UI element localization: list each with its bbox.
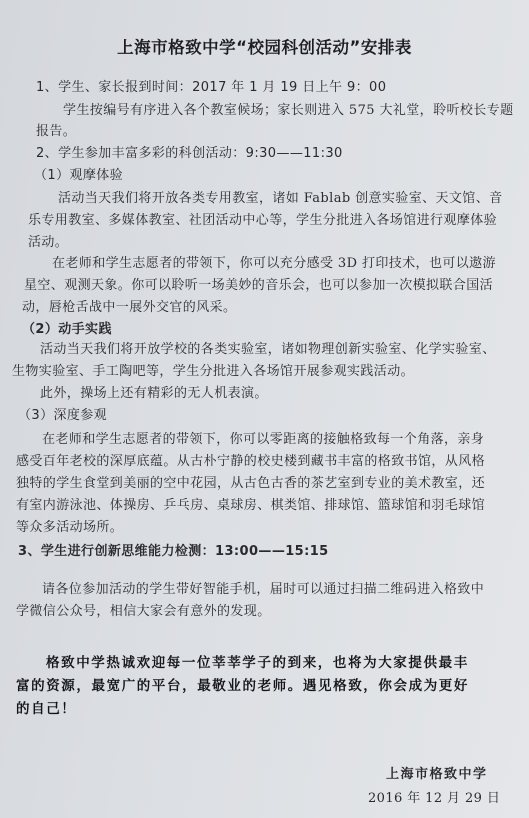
subsection-1-text: 活动当天我们将开放各类专用教室，诸如 Fablab 创意实验室、天文馆、音 <box>58 187 503 206</box>
section-3-heading: 3、学生进行创新思维能力检测：13:00——15:15 <box>18 540 329 559</box>
document-title: 上海市格致中学“校园科创活动”安排表 <box>0 34 529 58</box>
subsection-2-heading: （2）动手实践 <box>22 318 112 337</box>
subsection-3-text: 感受百年老校的深厚底蕴。从古朴宁静的校史楼到藏书丰富的格致书馆，从风格 <box>16 450 485 469</box>
subsection-2-text: 活动当天我们将开放学校的各类实验室，诸如物理创新实验室、化学实验室、 <box>40 338 496 357</box>
subsection-3-text: 在老师和学生志愿者的带领下，你可以零距离的接触格致每一个角落，亲身 <box>42 428 484 447</box>
section-2-heading: 2、学生参加丰富多彩的科创活动：9:30——11:30 <box>36 142 343 161</box>
signature-org: 上海市格致中学 <box>386 763 488 782</box>
subsection-2-text: 此外，操场上还有精彩的无人机表演。 <box>40 382 268 401</box>
section-1-text: 报告。 <box>36 120 76 139</box>
document-page: 上海市格致中学“校园科创活动”安排表 1、学生、家长报到时间：2017 年 1 … <box>0 0 529 818</box>
subsection-1-heading: （1）观摩体验 <box>34 164 123 183</box>
signature-date: 2016 年 12 月 29 日 <box>368 787 500 806</box>
subsection-3-text: 独特的学生食堂到美丽的空中花园，从古色古香的茶艺室到专业的美术教室，还 <box>16 472 485 491</box>
subsection-3-text: 有室内游泳池、体操房、乒乓房、桌球房、棋类馆、排球馆、篮球馆和羽毛球馆 <box>16 494 485 513</box>
subsection-1-text: 活动。 <box>28 231 68 250</box>
section-3-text: 请各位参加活动的学生带好智能手机，届时可以通过扫描二维码进入格致中 <box>42 578 484 597</box>
closing-text: 富的资源，最宽广的平台，最敬业的老师。遇见格致，你会成为更好 <box>16 674 469 694</box>
section-3-text: 学微信公众号，相信大家会有意外的发现。 <box>16 600 271 619</box>
subsection-1-text: 在老师和学生志愿者的带领下，你可以充分感受 3D 打印技术，也可以遨游 <box>52 252 496 271</box>
subsection-2-text: 生物实验室、手工陶吧等，学生分批进入各场馆开展参观实践活动。 <box>12 360 414 379</box>
closing-text: 格致中学热诚欢迎每一位莘莘学子的到来，也将为大家提供最丰 <box>46 651 469 671</box>
section-1-text: 学生按编号有序进入各个教室候场；家长则进入 575 大礼堂，聆听校长专题 <box>63 99 513 118</box>
subsection-3-heading: （3）深度参观 <box>18 404 107 423</box>
section-1-heading: 1、学生、家长报到时间：2017 年 1 月 19 日上午 9：00 <box>36 76 386 95</box>
subsection-1-text: 动，唇枪舌战中一展外交官的风采。 <box>22 296 236 315</box>
subsection-3-text: 等众多活动场所。 <box>16 516 123 535</box>
closing-text: 的自己！ <box>16 697 76 717</box>
subsection-1-text: 乐专用教室、多媒体教室、社团活动中心等，学生分批进入各场馆进行观摩体验 <box>28 209 497 228</box>
subsection-1-text: 星空、观测天象。你可以聆听一场美妙的音乐会，也可以参加一次模拟联合国活 <box>24 274 493 293</box>
